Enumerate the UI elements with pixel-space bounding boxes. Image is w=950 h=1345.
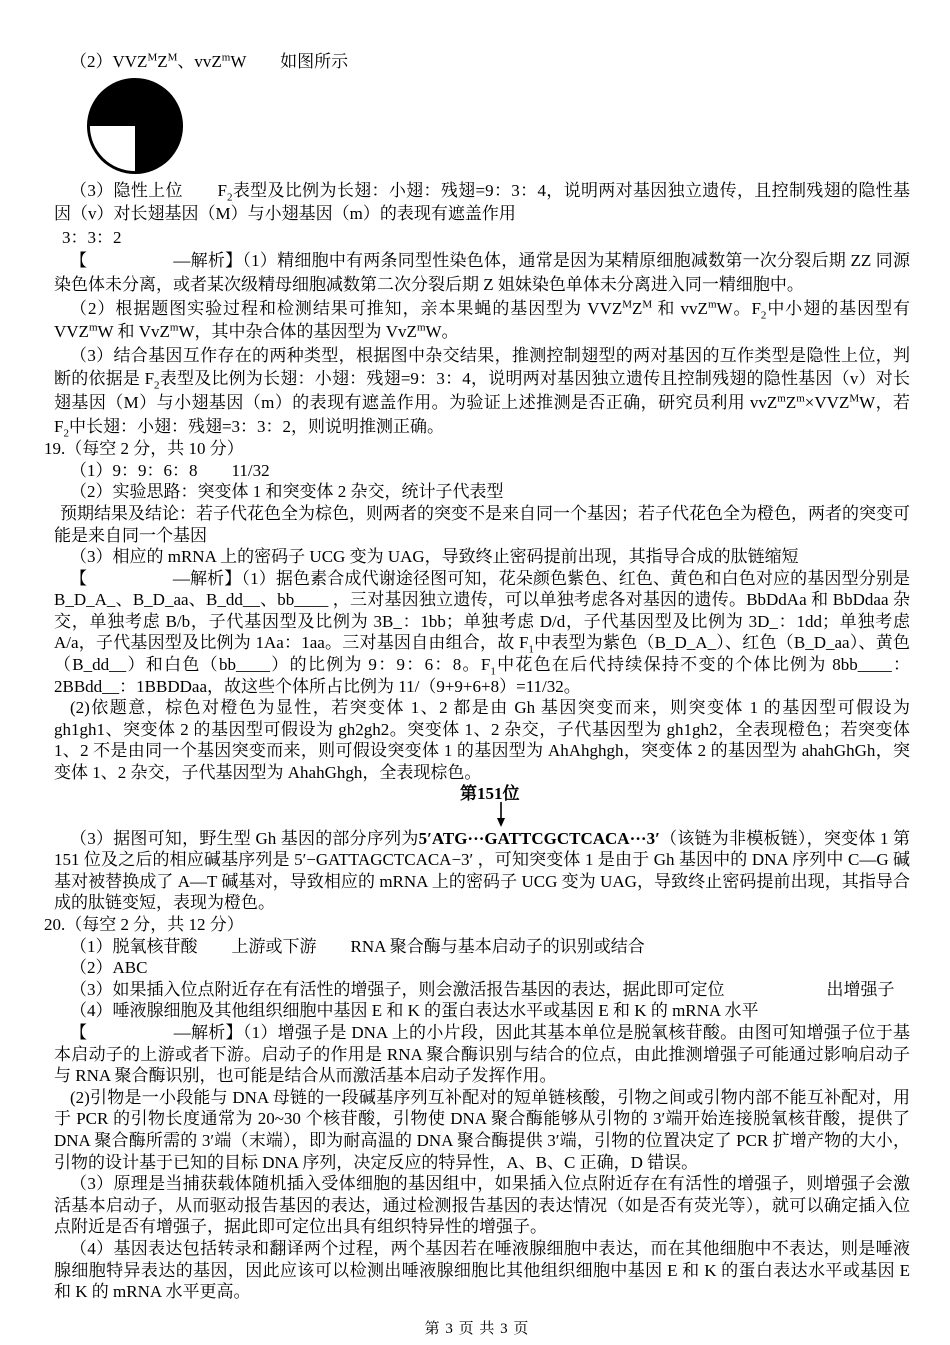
question-19-section: 19.（每空 2 分，共 10 分） （1）9：9：6：8 11/32 （2）实… (44, 438, 910, 914)
down-arrow-icon (494, 802, 508, 832)
answer-sheet-page: （2）VVZMZM、vvZmW 如图所示 （3）隐性上位 F2表型及比例为长翅：… (0, 0, 950, 1345)
answer-line: 3：3：2 (54, 226, 910, 250)
answer-line: （2）实验思路：突变体 1 和突变体 2 杂交，统计子代表型 (54, 481, 910, 503)
answer-line: （3）隐性上位 F2表型及比例为长翅：小翅：残翅=9：3：4，说明两对基因独立遗… (54, 179, 910, 226)
answer-line: （2）ABC (54, 957, 910, 979)
position-151-label: 第151位 (460, 784, 520, 804)
pie-chart-icon (86, 77, 184, 175)
page-number: 第 3 页 共 3 页 (44, 1319, 910, 1339)
answer-line: 预期结果及结论：若子代花色全为棕色，则两者的突变不是来自同一个基因；若子代花色全… (54, 503, 910, 546)
analysis-paragraph: 【 —解析】（1）据色素合成代谢途径图可知，花朵颜色紫色、红色、黄色和白色对应的… (54, 568, 910, 698)
analysis-paragraph: （2）根据题图实验过程和检测结果可推知，亲本果蝇的基因型为 VVZMZM 和 v… (54, 297, 910, 344)
answer-line: （3）如果插入位点附近存在有活性的增强子，则会激活报告基因的表达，据此即可定位 … (54, 979, 910, 1001)
answer-line: （4）唾液腺细胞及其他组织细胞中基因 E 和 K 的蛋白表达水平或基因 E 和 … (54, 1000, 910, 1022)
answer-line: （2）VVZMZM、vvZmW 如图所示 (54, 50, 910, 74)
analysis-paragraph: （4）基因表达包括转录和翻译两个过程，两个基因若在唾液腺细胞中表达，而在其他细胞… (54, 1238, 910, 1303)
analysis-paragraph: 【 —解析】（1）精细胞中有两条同型性染色体，通常是因为某精原细胞减数第一次分裂… (54, 249, 910, 296)
analysis-paragraph: (2)依题意，棕色对橙色为显性，若突变体 1、2 都是由 Gh 基因突变而来，则… (54, 697, 910, 783)
sequence-position-callout: 第151位 (54, 784, 910, 828)
answer-line: （1）脱氧核苷酸 上游或下游 RNA 聚合酶与基本启动子的识别或结合 (54, 936, 910, 958)
analysis-paragraph: （3）结合基因互作存在的两种类型，根据图中杂交结果，推测控制翅型的两对基因的互作… (54, 344, 910, 438)
analysis-paragraph: 【 —解析】（1）增强子是 DNA 上的小片段，因此其基本单位是脱氧核苷酸。由图… (54, 1022, 910, 1087)
question-18-section: （2）VVZMZM、vvZmW 如图所示 （3）隐性上位 F2表型及比例为长翅：… (44, 50, 910, 438)
analysis-paragraph: （3）原理是当捕获载体随机插入受体细胞的基因组中，如果插入位点附近存在有活性的增… (54, 1173, 910, 1238)
answer-line: （3）相应的 mRNA 上的密码子 UCG 变为 UAG，导致终止密码提前出现，… (54, 546, 910, 568)
analysis-paragraph: （3）据图可知，野生型 Gh 基因的部分序列为5′ATG···GATTCGCTC… (54, 828, 910, 914)
section-header: 20.（每空 2 分，共 12 分） (44, 914, 910, 936)
section-header: 19.（每空 2 分，共 10 分） (44, 438, 910, 460)
pie-figure (86, 77, 184, 175)
answer-line: （1）9：9：6：8 11/32 (54, 460, 910, 482)
analysis-paragraph: (2)引物是一小段能与 DNA 母链的一段碱基序列互补配对的短单链核酸，引物之间… (54, 1087, 910, 1173)
question-20-section: 20.（每空 2 分，共 12 分） （1）脱氧核苷酸 上游或下游 RNA 聚合… (44, 914, 910, 1303)
